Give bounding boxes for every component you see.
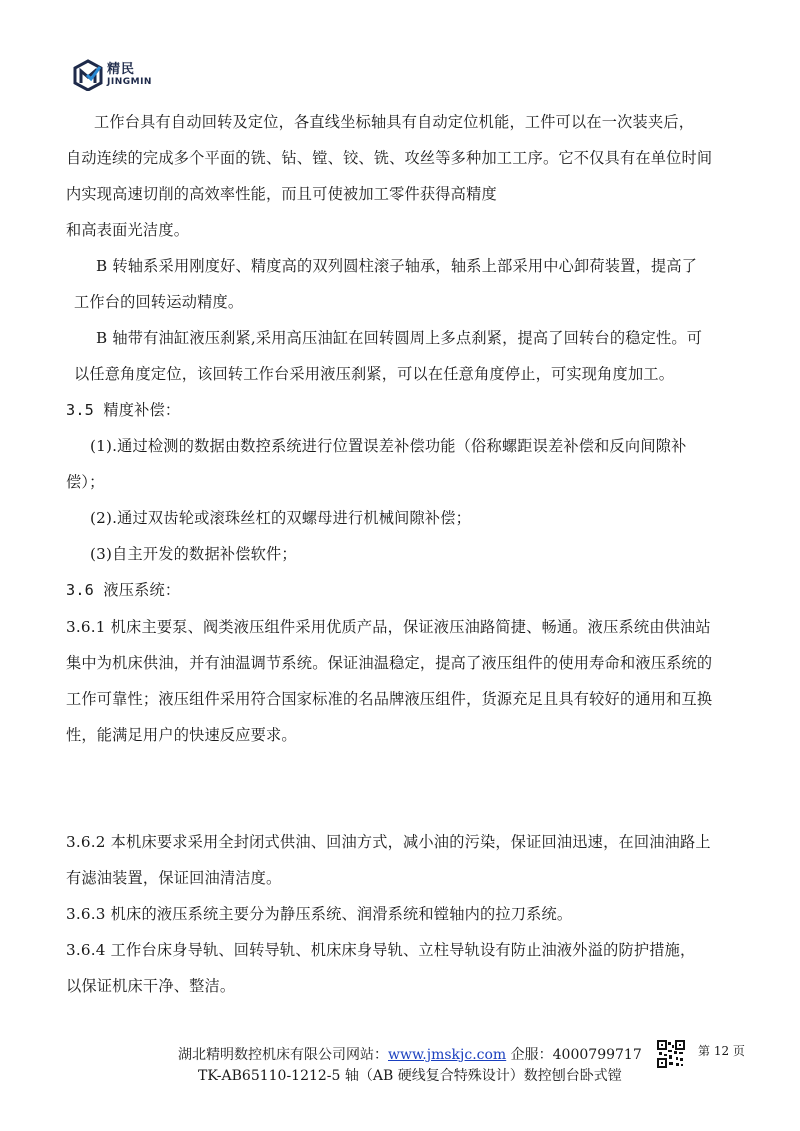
paragraph-line: B 轴带有油缸液压刹紧,采用高压油缸在回转圆周上多点刹紧，提高了回转台的稳定性。… bbox=[96, 328, 702, 348]
logo-chinese-text: 精民 bbox=[107, 63, 152, 76]
paragraph-line: 以任意角度定位，该回转工作台采用液压刹紧，可以在任意角度停止，可实现角度加工。 bbox=[74, 364, 674, 384]
paragraph-line: 工作台的回转运动精度。 bbox=[74, 292, 243, 312]
paragraph-line: 有滤油装置，保证回油清洁度。 bbox=[66, 868, 281, 888]
paragraph-line: 工作可靠性；液压组件采用符合国家标准的名品牌液压组件，货源充足且具有较好的通用和… bbox=[66, 689, 712, 709]
company-logo: 精民 JINGMIN bbox=[73, 57, 163, 93]
paragraph-line: 工作台具有自动回转及定位，各直线坐标轴具有自动定位机能，工件可以在一次装夹后， bbox=[94, 112, 694, 132]
list-item: (1).通过检测的数据由数控系统进行位置误差补偿功能（俗称螺距误差补偿和反向间隙… bbox=[90, 436, 686, 456]
footer-model-line: TK-AB65110-1212-5 轴（AB 硬线复合特殊设计）数控刨台卧式镗 bbox=[198, 1065, 622, 1085]
paragraph-line: 3.6.4 工作台床身导轨、回转导轨、机床床身导轨、立柱导轨设有防止油液外溢的防… bbox=[66, 940, 695, 960]
footer-company-name: 湖北精明数控机床有限公司网站： bbox=[178, 1047, 388, 1063]
paragraph-line: 内实现高速切削的高效率性能，而且可使被加工零件获得高精度 bbox=[66, 184, 497, 204]
list-item: (2).通过双齿轮或滚珠丝杠的双螺母进行机械间隙补偿； bbox=[90, 508, 471, 528]
paragraph-line: 以保证机床干净、整洁。 bbox=[66, 976, 235, 996]
list-item-continuation: 偿）； bbox=[66, 472, 105, 492]
qr-code-icon bbox=[657, 1040, 685, 1068]
page-number: 第 12 页 bbox=[698, 1042, 745, 1059]
footer-company-line: 湖北精明数控机床有限公司网站：www.jmskjc.com 企服：4000799… bbox=[178, 1044, 642, 1064]
paragraph-line: 3.6.2 本机床要求采用全封闭式供油、回油方式，减小油的污染，保证回油迅速，在… bbox=[66, 832, 711, 852]
paragraph-line: 自动连续的完成多个平面的铣、钻、镗、铰、铣、攻丝等多种加工工序。它不仅具有在单位… bbox=[66, 148, 712, 168]
list-item: (3)自主开发的数据补偿软件； bbox=[90, 544, 297, 564]
section-heading-3-6: 3.6 液压系统： bbox=[66, 580, 180, 600]
paragraph-line: 和高表面光洁度。 bbox=[66, 220, 189, 240]
jingmin-logo-icon bbox=[73, 59, 103, 91]
paragraph-line: 3.6.3 机床的液压系统主要分为静压系统、润滑系统和镗轴内的拉刀系统。 bbox=[66, 904, 572, 924]
paragraph-line: B 转轴系采用刚度好、精度高的双列圆柱滚子轴承，轴系上部采用中心卸荷装置，提高了 bbox=[96, 256, 697, 276]
paragraph-line: 集中为机床供油，并有油温调节系统。保证油温稳定，提高了液压组件的使用寿命和液压系… bbox=[66, 653, 712, 673]
paragraph-line: 性，能满足用户的快速反应要求。 bbox=[66, 725, 297, 745]
section-heading-3-5: 3.5 精度补偿： bbox=[66, 400, 180, 420]
footer-service-phone: 企服：4000799717 bbox=[506, 1047, 642, 1063]
website-link[interactable]: www.jmskjc.com bbox=[388, 1047, 506, 1063]
logo-english-text: JINGMIN bbox=[107, 78, 152, 87]
paragraph-line: 3.6.1 机床主要泵、阀类液压组件采用优质产品，保证液压油路简捷、畅通。液压系… bbox=[66, 617, 711, 637]
